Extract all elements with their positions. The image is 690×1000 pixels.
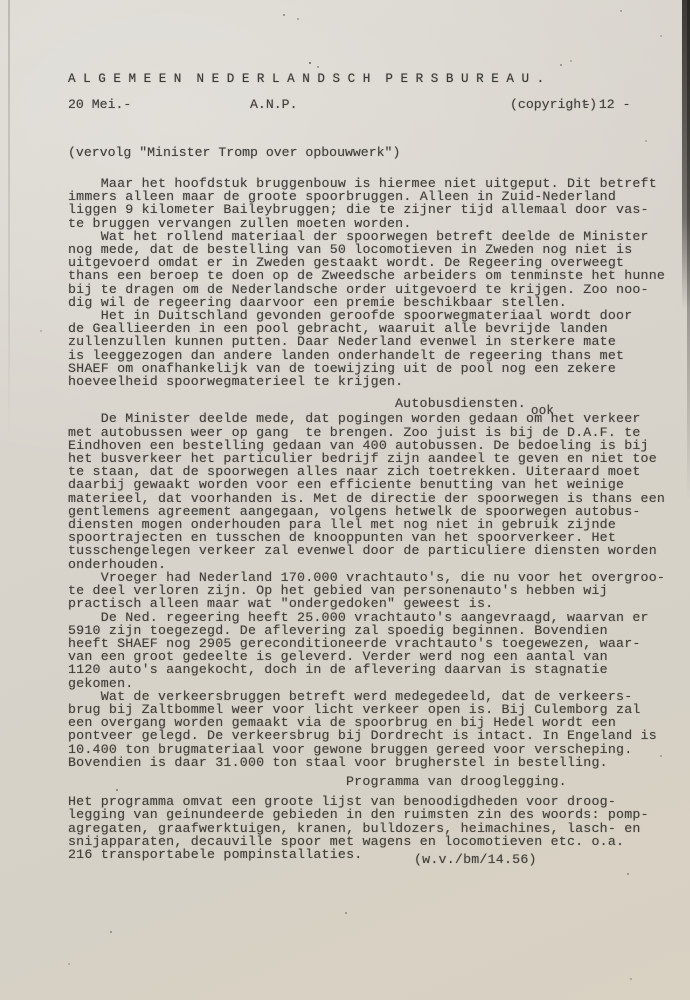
text-line: practisch alleen maar wat "ondergedoken"… bbox=[68, 597, 680, 610]
text-line: materieel, dat voorhanden is. Met de dir… bbox=[68, 492, 680, 505]
text-line: tusschengelegen verkeer zal evenwel door… bbox=[68, 544, 680, 557]
text-line: 1120 auto's aangekocht, doch in de aflev… bbox=[68, 663, 680, 676]
date-label: 20 Mei.- bbox=[68, 97, 131, 112]
text-line: Bovendien is daar 31.000 ton staal voor … bbox=[68, 756, 680, 769]
paragraph: Wat de verkeersbruggen betreft werd mede… bbox=[68, 690, 680, 769]
press-bureau-title: A L G E M E E N N E D E R L A N D S C H … bbox=[68, 72, 680, 86]
text-line: te bruggen vervangen zullen moeten worde… bbox=[68, 217, 680, 230]
text-line: gekomen. bbox=[68, 677, 680, 690]
paragraph: Het programma omvat een groote lijst van… bbox=[68, 795, 680, 861]
text-line: De Ned. regeering heeft 25.000 vrachtaut… bbox=[68, 611, 680, 624]
scanned-document-page: A L G E M E E N N E D E R L A N D S C H … bbox=[0, 0, 690, 1000]
text-line: met autobussen weer op gang te brengen. … bbox=[68, 426, 680, 439]
text-line: Wat de verkeersbruggen betreft werd mede… bbox=[68, 690, 680, 703]
text-line: zullenzullen kunnen putten. Daar Nederla… bbox=[68, 335, 680, 348]
text-line: liggen 9 kilometer Baileybruggen; die te… bbox=[68, 203, 680, 216]
paragraph: Wat het rollend materiaal der spoorwegen… bbox=[68, 230, 680, 309]
text-line: snijapparaten, decauville spoor met wage… bbox=[68, 835, 680, 848]
text-line: De Minister deelde mede, dat pogingen wo… bbox=[68, 412, 680, 425]
paragraph: Het in Duitschland gevonden geroofde spo… bbox=[68, 309, 680, 388]
paragraph: De Ned. regeering heeft 25.000 vrachtaut… bbox=[68, 611, 680, 690]
text-line: agregaten, graafwerktuigen, kranen, bull… bbox=[68, 822, 680, 835]
paper-fold-line bbox=[8, 0, 10, 440]
text-line: legging van geinundeerde gebieden in den… bbox=[68, 808, 680, 821]
paragraph: ook De Minister deelde mede, dat poginge… bbox=[68, 412, 680, 570]
text-line: thans een beroep te doen op de Zweedsche… bbox=[68, 269, 680, 282]
typed-insertion: ook bbox=[531, 405, 554, 418]
paper-specks bbox=[0, 0, 2, 2]
text-line: hoeveelheid spoorwegmaterieel te krijgen… bbox=[68, 375, 680, 388]
continuation-note: (vervolg "Minister Tromp over opbouwwerk… bbox=[68, 145, 680, 160]
document-header: A L G E M E E N N E D E R L A N D S C H … bbox=[68, 72, 680, 160]
page-number: - 12 - bbox=[583, 97, 630, 112]
section-heading: Programma van drooglegging. bbox=[346, 775, 680, 788]
paragraph: Vroeger had Nederland 170.000 vrachtauto… bbox=[68, 571, 680, 611]
text-line: daarbij gewaakt worden voor een efficien… bbox=[68, 478, 680, 491]
text-line: pontveer gelegd. De verkeersbrug bij Dor… bbox=[68, 729, 680, 742]
paragraph: Maar het hoofdstuk bruggenbouw is hierme… bbox=[68, 177, 680, 230]
text-line: onderhouden. bbox=[68, 558, 680, 571]
text-line: 216 transportabele pompinstallaties. bbox=[68, 848, 680, 861]
header-meta-row: 20 Mei.- A.N.P. (copyright) - 12 - bbox=[68, 97, 680, 111]
text-line: is leeggezogen dan andere landen onderha… bbox=[68, 349, 680, 362]
document-body: Maar het hoofdstuk bruggenbouw is hierme… bbox=[68, 177, 680, 866]
agency-label: A.N.P. bbox=[250, 97, 297, 112]
text-line: 5910 zijn toegezegd. De aflevering zal s… bbox=[68, 624, 680, 637]
text-line: 10.400 ton brugmateriaal voor gewone bru… bbox=[68, 743, 680, 756]
typed-sheet: A L G E M E E N N E D E R L A N D S C H … bbox=[68, 0, 680, 866]
text-line: bij te dragen om de Nederlandsche order … bbox=[68, 283, 680, 296]
